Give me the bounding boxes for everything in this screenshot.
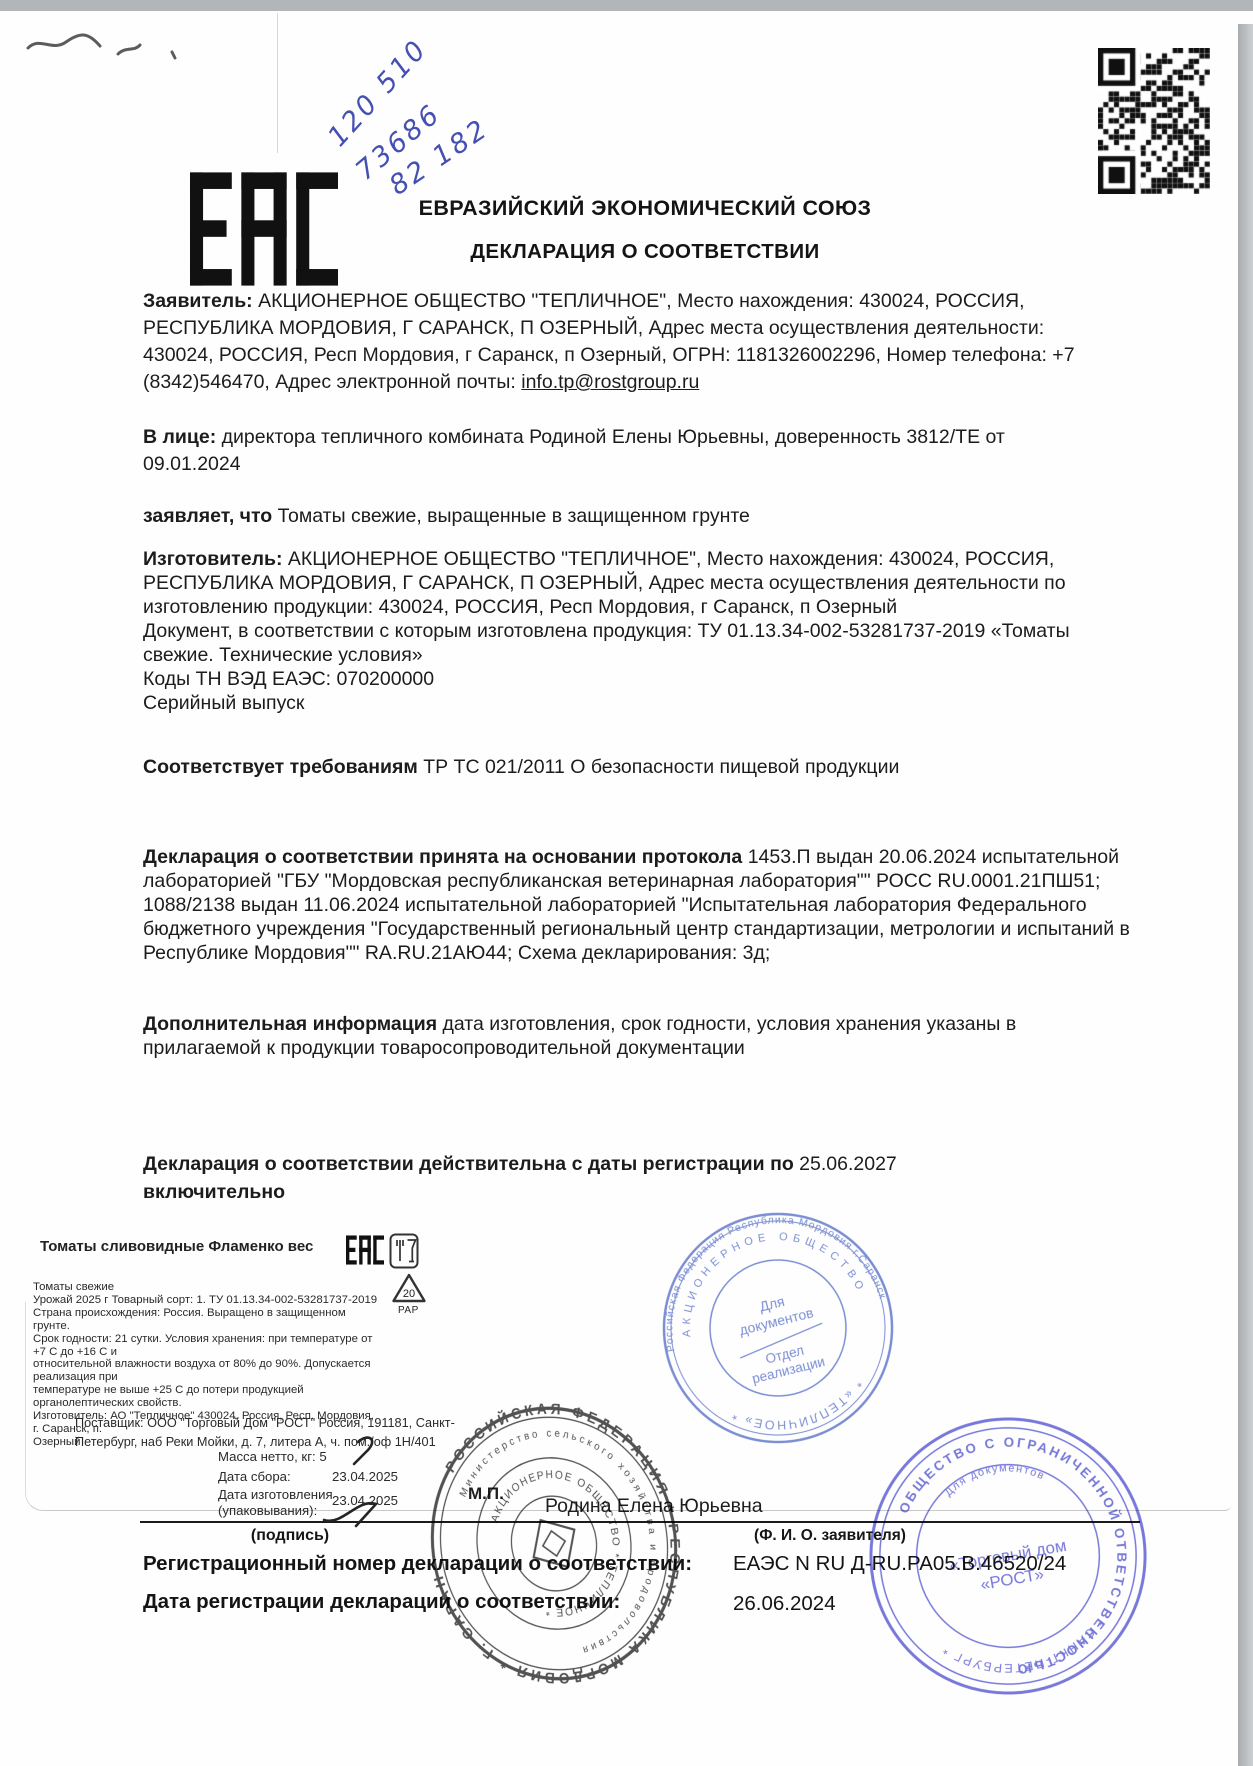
additional-info-paragraph: Дополнительная информация дата изготовле… [143, 1012, 1088, 1060]
applicant-email: info.tp@rostgroup.ru [521, 371, 699, 393]
scan-fold-line [277, 13, 278, 153]
validity-label: Декларация о соответствии действительна … [143, 1153, 794, 1175]
manufacturer-text: АКЦИОНЕРНОЕ ОБЩЕСТВО "ТЕПЛИЧНОЕ", Место … [143, 548, 1066, 618]
pen-signature [318, 1428, 413, 1533]
applicant-label: Заявитель: [143, 290, 253, 312]
in-person-paragraph: В лице: директора тепличного комбината Р… [143, 424, 1075, 478]
declares-label: заявляет, что [143, 505, 272, 527]
recycle-code: PAP [398, 1305, 419, 1316]
scan-right-edge [1238, 24, 1253, 1766]
manufacturer-paragraph: Изготовитель: АКЦИОНЕРНОЕ ОБЩЕСТВО "ТЕПЛ… [143, 547, 1091, 715]
declares-text: Томаты свежие, выращенные в защищенном г… [272, 505, 750, 527]
manufacturer-label: Изготовитель: [143, 548, 282, 570]
scan-top-bar [0, 0, 1253, 11]
in-person-label: В лице: [143, 426, 216, 448]
harvest-date-label: Дата сбора: [218, 1469, 291, 1485]
tnved-codes-line: Коды ТН ВЭД ЕАЭС: 070200000 [143, 668, 434, 690]
eac-logo-large [190, 164, 338, 294]
purple-stamp-center-2: «РОСТ» [979, 1564, 1045, 1594]
registration-date-value: 26.06.2024 [733, 1592, 836, 1616]
serial-release-line: Серийный выпуск [143, 692, 304, 714]
eac-logo-small [346, 1234, 384, 1266]
net-weight: Масса нетто, кг: 5 [218, 1449, 327, 1465]
validity-date: 25.06.2027 [794, 1153, 897, 1175]
in-person-text: директора тепличного комбината Родиной Е… [143, 426, 1005, 475]
scanned-declaration-page: 120 510 73686 82 182 ЕВРАЗИЙСКИЙ ЭКОНОМИ… [0, 0, 1253, 1766]
declares-paragraph: заявляет, что Томаты свежие, выращенные … [143, 503, 1075, 530]
product-label-title: Томаты сливовидные Фламенко вес [40, 1238, 313, 1255]
complies-paragraph: Соответствует требованиям ТР ТС 021/2011… [143, 754, 1103, 781]
basis-label: Декларация о соответствии принята на осн… [143, 846, 742, 868]
manufacturer-doc-line: Документ, в соответствии с которым изгот… [143, 620, 1070, 666]
recycle-number: 20 [403, 1288, 415, 1300]
pen-scribble [22, 18, 197, 66]
validity-suffix: включительно [143, 1181, 285, 1203]
complies-text: ТР ТС 021/2011 О безопасности пищевой пр… [418, 756, 900, 778]
glass-fork-icon [389, 1233, 419, 1269]
basis-paragraph: Декларация о соответствии принята на осн… [143, 845, 1158, 965]
validity-paragraph: Декларация о соответствии действительна … [143, 1150, 1103, 1206]
additional-info-label: Дополнительная информация [143, 1013, 437, 1035]
applicant-paragraph: Заявитель: АКЦИОНЕРНОЕ ОБЩЕСТВО "ТЕПЛИЧН… [143, 288, 1075, 396]
qr-code [1098, 48, 1210, 194]
recycle-triangle-icon: 20 [391, 1272, 427, 1304]
complies-label: Соответствует требованиям [143, 756, 418, 778]
union-title: ЕВРАЗИЙСКИЙ ЭКОНОМИЧЕСКИЙ СОЮЗ [143, 196, 1147, 221]
document-title: ДЕКЛАРАЦИЯ О СООТВЕТСТВИИ [143, 240, 1147, 264]
purple-round-stamp: ОБЩЕСТВО С ОГРАНИЧЕННОЙ ОТВЕТСТВЕННОСТЬЮ… [839, 1389, 1177, 1723]
